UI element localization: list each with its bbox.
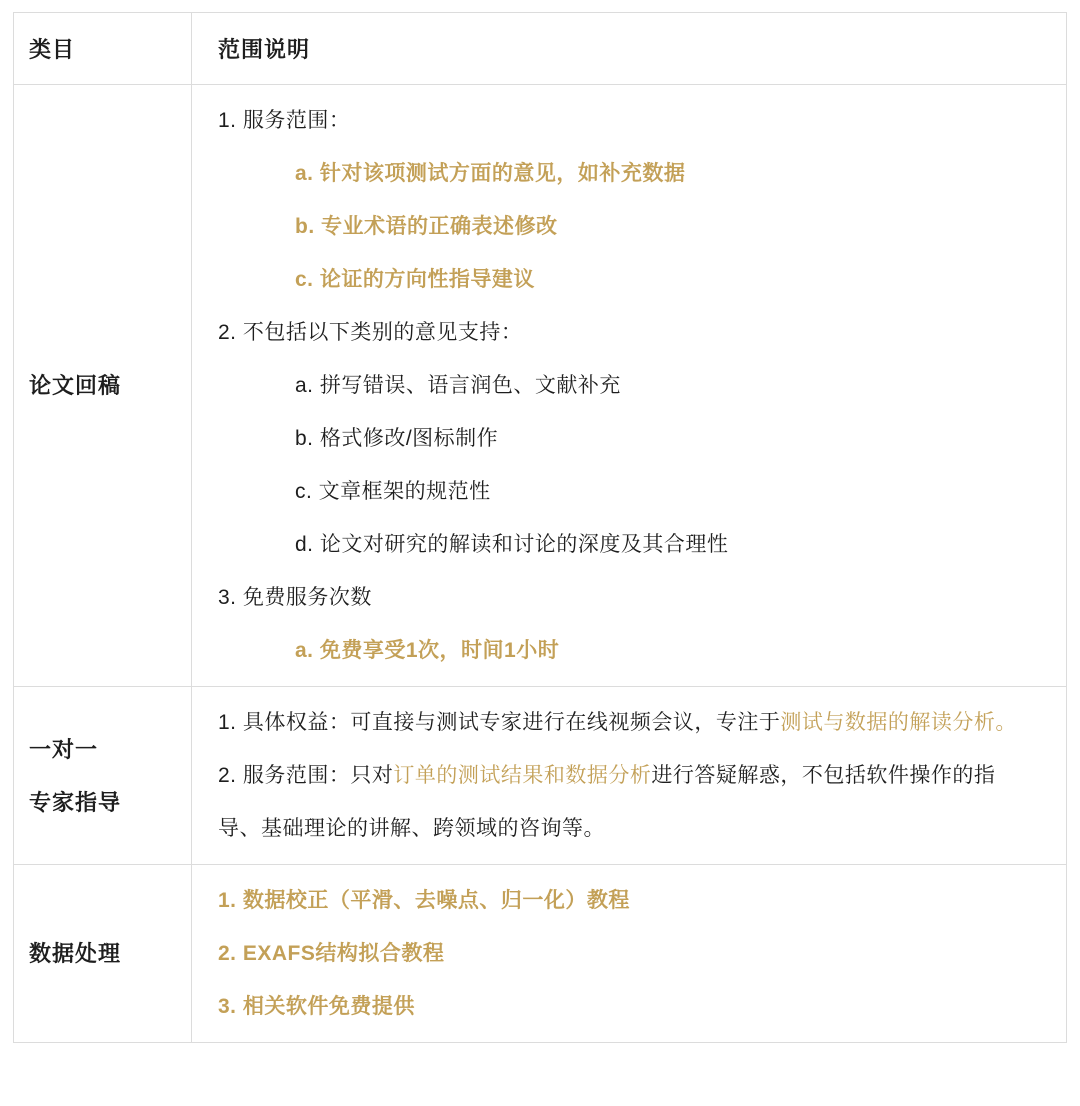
- text-line: 3. 免费服务次数: [218, 571, 1036, 624]
- text-line: c. 论证的方向性指导建议: [218, 253, 1036, 306]
- text-segment: 3. 相关软件免费提供: [218, 995, 415, 1018]
- text-line: b. 格式修改/图标制作: [218, 412, 1036, 465]
- text-line: 专家指导: [29, 776, 183, 829]
- text-line: 1. 服务范围：: [218, 94, 1036, 147]
- text-line: 数据处理: [29, 927, 183, 980]
- text-line: 3. 相关软件免费提供: [218, 980, 1036, 1033]
- text-line: 2. 不包括以下类别的意见支持：: [218, 306, 1036, 359]
- text-segment: 2. EXAFS结构拟合教程: [218, 942, 444, 965]
- text-segment: 专家指导: [29, 790, 121, 815]
- text-segment: 1. 具体权益：可直接与测试专家进行在线视频会议，专注于: [218, 711, 780, 734]
- text-line: 1. 数据校正（平滑、去噪点、归一化）教程: [218, 874, 1036, 927]
- text-line: b. 专业术语的正确表述修改: [218, 200, 1036, 253]
- highlighted-text: 订单的测试结果和数据分析: [393, 764, 651, 787]
- text-segment: c. 文章框架的规范性: [295, 480, 491, 503]
- text-segment: 一对一: [29, 737, 98, 762]
- text-line: a. 免费享受1次，时间1小时: [218, 624, 1036, 677]
- table-row-paper-revision: 论文回稿 1. 服务范围：a. 针对该项测试方面的意见，如补充数据b. 专业术语…: [14, 85, 1066, 687]
- text-segment: 1. 服务范围：: [218, 109, 350, 132]
- text-segment: 2. 服务范围：只对: [218, 764, 393, 787]
- text-segment: a. 免费享受1次，时间1小时: [295, 639, 559, 662]
- text-line: c. 文章框架的规范性: [218, 465, 1036, 518]
- text-line: 2. EXAFS结构拟合教程: [218, 927, 1036, 980]
- category-cell-expert-guidance: 一对一专家指导: [14, 687, 192, 864]
- text-segment: 1. 数据校正（平滑、去噪点、归一化）教程: [218, 889, 630, 912]
- scope-cell-expert-guidance: 1. 具体权益：可直接与测试专家进行在线视频会议，专注于测试与数据的解读分析。2…: [192, 687, 1066, 864]
- table-header-row: 类目 范围说明: [14, 13, 1066, 85]
- header-scope: 范围说明: [192, 13, 1066, 84]
- text-line: 一对一: [29, 723, 183, 776]
- text-segment: d. 论文对研究的解读和讨论的深度及其合理性: [295, 533, 728, 556]
- scope-cell-paper-revision: 1. 服务范围：a. 针对该项测试方面的意见，如补充数据b. 专业术语的正确表述…: [192, 85, 1066, 686]
- text-segment: a. 拼写错误、语言润色、文献补充: [295, 374, 621, 397]
- table-row-expert-guidance: 一对一专家指导 1. 具体权益：可直接与测试专家进行在线视频会议，专注于测试与数…: [14, 687, 1066, 865]
- scope-cell-data-processing: 1. 数据校正（平滑、去噪点、归一化）教程2. EXAFS结构拟合教程3. 相关…: [192, 865, 1066, 1042]
- text-line: a. 拼写错误、语言润色、文献补充: [218, 359, 1036, 412]
- text-segment: 2. 不包括以下类别的意见支持：: [218, 321, 522, 344]
- category-cell-paper-revision: 论文回稿: [14, 85, 192, 686]
- text-segment: 3. 免费服务次数: [218, 586, 372, 609]
- text-line: 论文回稿: [29, 359, 183, 412]
- text-segment: a. 针对该项测试方面的意见，如补充数据: [295, 162, 685, 185]
- service-scope-table: 类目 范围说明 论文回稿 1. 服务范围：a. 针对该项测试方面的意见，如补充数…: [13, 12, 1067, 1043]
- text-segment: b. 格式修改/图标制作: [295, 427, 498, 450]
- table-row-data-processing: 数据处理 1. 数据校正（平滑、去噪点、归一化）教程2. EXAFS结构拟合教程…: [14, 865, 1066, 1042]
- text-line: 2. 服务范围：只对订单的测试结果和数据分析进行答疑解惑，不包括软件操作的指导、…: [218, 749, 1036, 855]
- text-line: d. 论文对研究的解读和讨论的深度及其合理性: [218, 518, 1036, 571]
- header-category: 类目: [14, 13, 192, 84]
- highlighted-text: 测试与数据的解读分析。: [780, 711, 1017, 734]
- category-cell-data-processing: 数据处理: [14, 865, 192, 1042]
- text-segment: 数据处理: [29, 941, 121, 966]
- text-segment: c. 论证的方向性指导建议: [295, 268, 535, 291]
- text-line: 1. 具体权益：可直接与测试专家进行在线视频会议，专注于测试与数据的解读分析。: [218, 696, 1036, 749]
- text-segment: b. 专业术语的正确表述修改: [295, 215, 558, 238]
- text-line: a. 针对该项测试方面的意见，如补充数据: [218, 147, 1036, 200]
- page: 类目 范围说明 论文回稿 1. 服务范围：a. 针对该项测试方面的意见，如补充数…: [0, 0, 1080, 1106]
- text-segment: 论文回稿: [29, 373, 121, 398]
